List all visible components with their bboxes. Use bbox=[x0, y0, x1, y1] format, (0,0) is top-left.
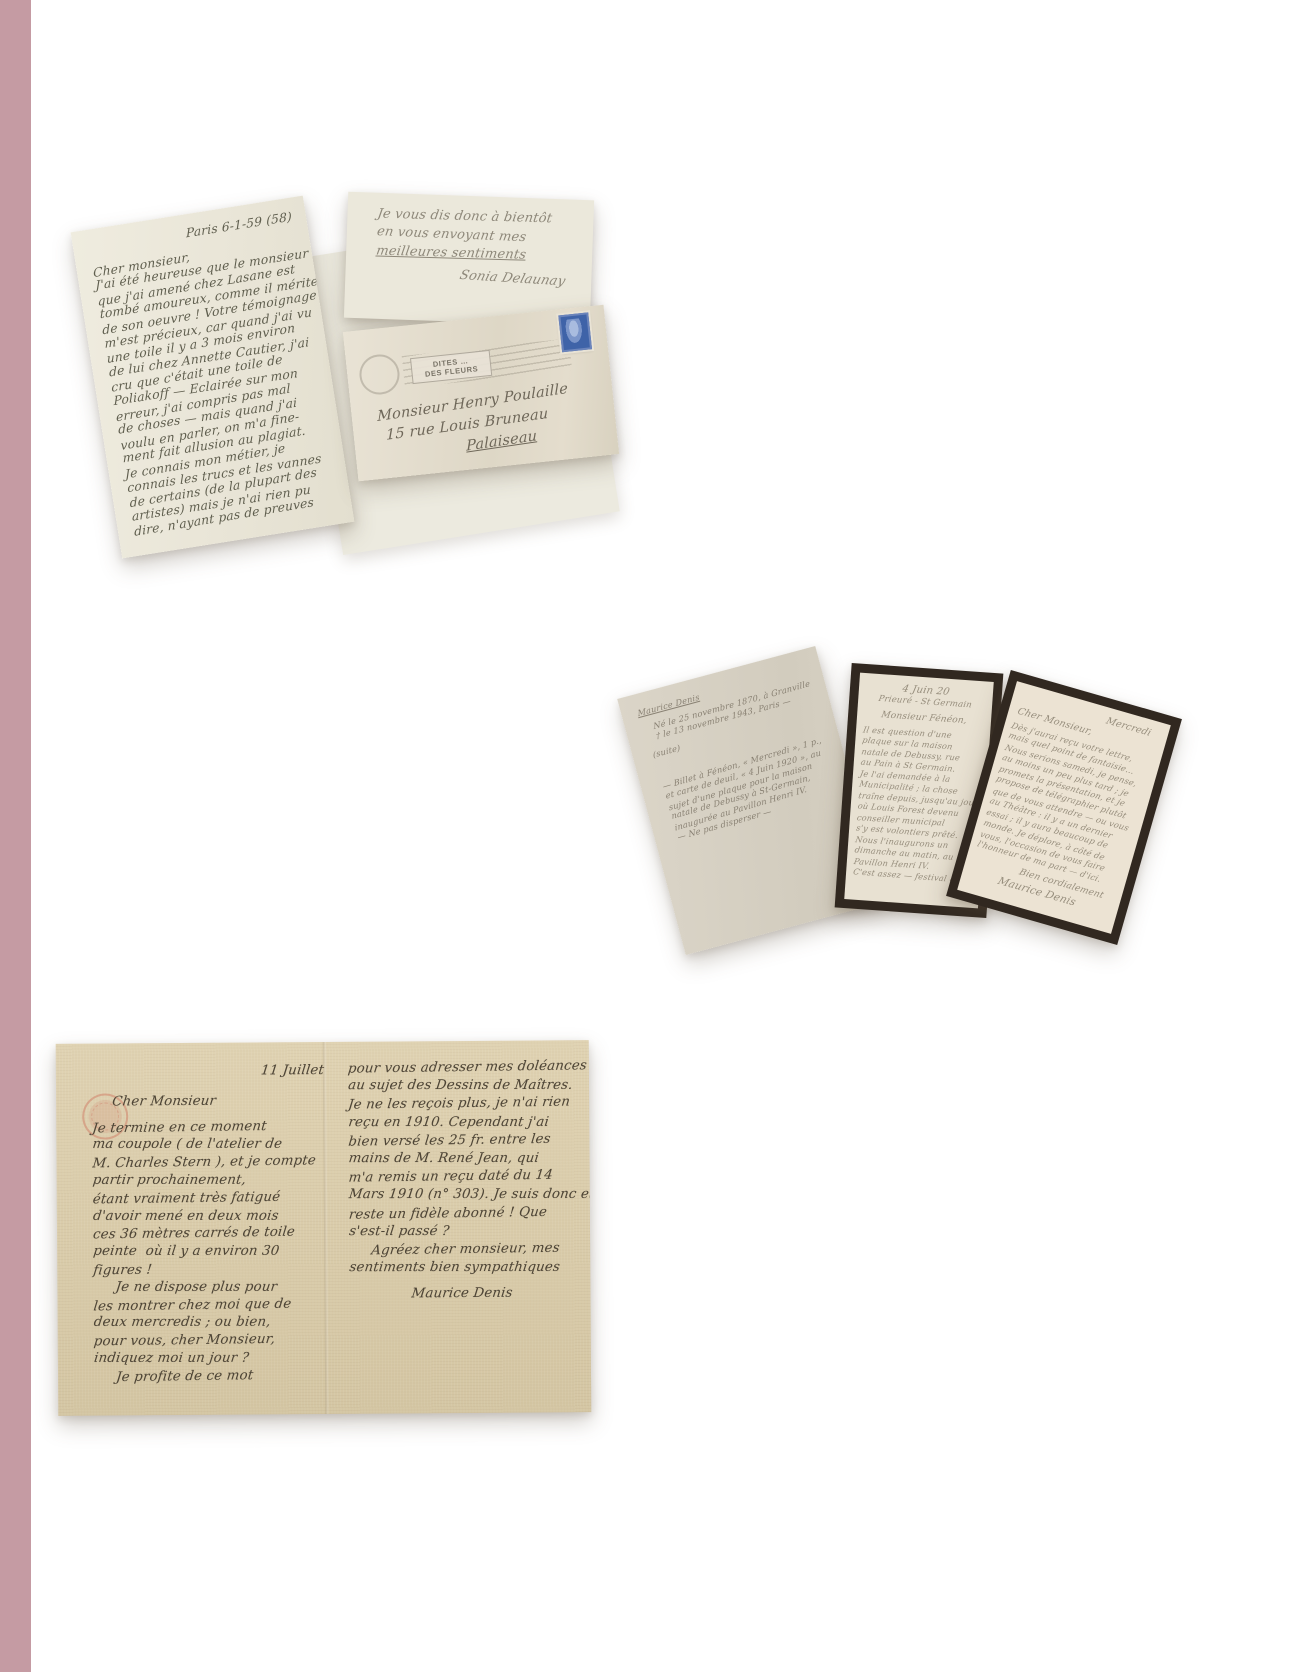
hw-line: au sujet des Dessins de Maîtres. bbox=[347, 1077, 587, 1095]
circular-postmark-icon bbox=[358, 353, 402, 397]
hw-line: reste un fidèle abonné ! Que bbox=[348, 1203, 588, 1225]
note-lines: Je vous dis donc à bientôten vous envoya… bbox=[376, 205, 594, 268]
letter-left-lines: Je termine en ce momentma coupole ( de l… bbox=[92, 1118, 326, 1387]
letter-body-lines: Cher monsieur,J'ai été heureuse que le m… bbox=[92, 232, 342, 539]
hw-line: M. Charles Stern ), et je compte bbox=[91, 1152, 325, 1173]
hw-line: figures ! bbox=[92, 1259, 326, 1280]
hw-line: Mars 1910 (n° 303). Je suis donc et je bbox=[348, 1186, 588, 1204]
hw-line: Agréez cher monsieur, mes bbox=[348, 1239, 588, 1261]
hw-line: ma coupole ( de l'atelier de bbox=[91, 1136, 325, 1154]
hw-line: deux mercredis ; ou bien, bbox=[93, 1314, 327, 1332]
hw-line: étant vraiment très fatigué bbox=[92, 1188, 326, 1209]
hw-line: reçu en 1910. Cependant j'ai bbox=[347, 1113, 587, 1131]
hw-line: Je ne les reçois plus, je n'ai rien bbox=[347, 1094, 587, 1116]
catalog-photo-page: Je vous dis donc à bientôten vous envoya… bbox=[0, 0, 1301, 1672]
hw-line: s'est-il passé ? bbox=[348, 1223, 588, 1241]
letter-salutation: Cher Monsieur bbox=[111, 1092, 325, 1111]
letter-right-page: pour vous adresser mes doléancesau sujet… bbox=[348, 1058, 588, 1304]
hw-line: m'a remis un reçu daté du 14 bbox=[348, 1167, 588, 1189]
hw-line: sentiments bien sympathiques bbox=[348, 1259, 588, 1277]
hw-line: Je profite de ce mot bbox=[93, 1366, 327, 1387]
hw-line: pour vous adresser mes doléances bbox=[347, 1057, 587, 1079]
letter-date-line: 11 Juillet bbox=[91, 1062, 325, 1081]
hw-line: Je termine en ce moment bbox=[91, 1117, 325, 1138]
hw-line: Je ne dispose plus pour bbox=[92, 1278, 326, 1296]
hw-line: indiquez moi un jour ? bbox=[93, 1350, 327, 1368]
hw-line: peinte où il y a environ 30 bbox=[92, 1243, 326, 1261]
hw-line: mains de M. René Jean, qui bbox=[348, 1150, 588, 1168]
envelope-address: Monsieur Henry Poulaille15 rue Louis Bru… bbox=[376, 380, 575, 469]
postage-stamp bbox=[558, 312, 592, 352]
signature-maurice-denis: Maurice Denis bbox=[410, 1285, 588, 1304]
hw-line: d'avoir mené en deux mois bbox=[92, 1207, 326, 1225]
delaunay-closing-note: Je vous dis donc à bientôten vous envoya… bbox=[344, 192, 594, 327]
envelope: DITES … DES FLEURS Monsieur Henry Poulai… bbox=[343, 305, 619, 482]
hw-line: bien versé les 25 fr. entre les bbox=[347, 1130, 587, 1152]
signature-sonia-delaunay: Sonia Delaunay bbox=[457, 267, 593, 293]
hw-line: partir prochainement, bbox=[92, 1172, 326, 1190]
hw-line: les montrer chez moi que de bbox=[92, 1295, 326, 1316]
letter-left-page: 11 Juillet Cher Monsieur Je termine en c… bbox=[92, 1062, 326, 1386]
hw-line: pour vous, cher Monsieur, bbox=[93, 1330, 327, 1351]
hw-line: ces 36 mètres carrés de toile bbox=[92, 1224, 326, 1245]
letter-right-lines: pour vous adresser mes doléancesau sujet… bbox=[348, 1058, 588, 1278]
denis-letter-spread: 11 Juillet Cher Monsieur Je termine en c… bbox=[56, 1040, 592, 1416]
